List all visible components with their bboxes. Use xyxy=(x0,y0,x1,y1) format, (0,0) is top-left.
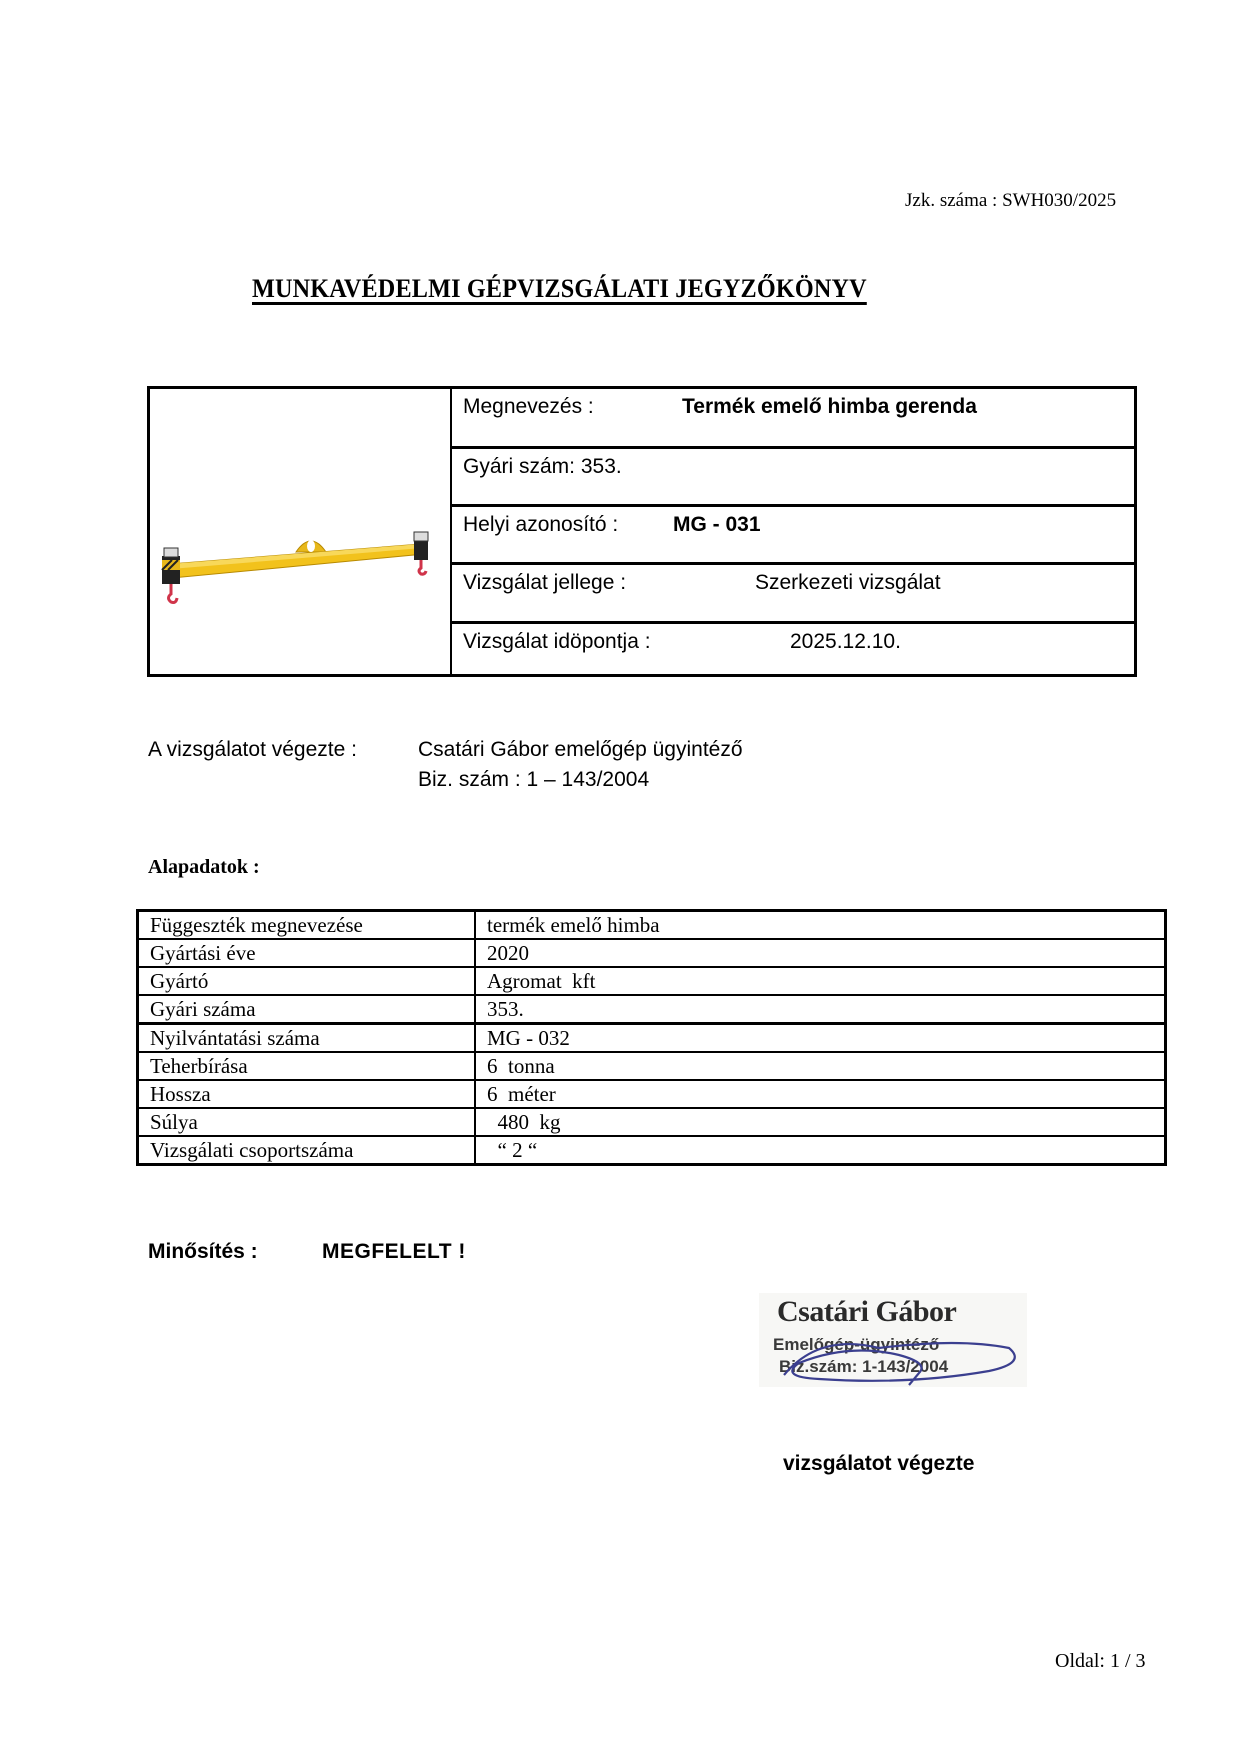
basic-data-label: Hossza xyxy=(138,1080,476,1108)
equipment-info-table: Megnevezés : Termék emelő himba gerenda … xyxy=(147,386,1137,677)
basic-data-row: Vizsgálati csoportszáma “ 2 “ xyxy=(138,1136,1166,1165)
basic-data-row: Hossza6 méter xyxy=(138,1080,1166,1108)
basic-data-row: Függeszték megnevezésetermék emelő himba xyxy=(138,911,1166,940)
info-row-name: Megnevezés : Termék emelő himba gerenda xyxy=(452,389,1134,449)
basic-data-value: 6 tonna xyxy=(475,1052,1166,1080)
basic-data-label: Vizsgálati csoportszáma xyxy=(138,1136,476,1165)
info-label: Vizsgálat idöpontja : xyxy=(463,630,651,654)
info-row-inspection-type: Vizsgálat jellege : Szerkezeti vizsgálat xyxy=(452,565,1134,624)
basic-data-value: 6 méter xyxy=(475,1080,1166,1108)
basic-data-value: 353. xyxy=(475,995,1166,1024)
basic-data-label: Gyári száma xyxy=(138,995,476,1024)
basic-data-row: Nyilvántatási számaMG - 032 xyxy=(138,1024,1166,1053)
basic-data-value: Agromat kft xyxy=(475,967,1166,995)
basic-data-value: 2020 xyxy=(475,939,1166,967)
equipment-photo-cell xyxy=(150,389,452,674)
basic-data-label: Gyártó xyxy=(138,967,476,995)
basic-data-value: termék emelő himba xyxy=(475,911,1166,940)
info-row-serial: Gyári szám: 353. xyxy=(452,449,1134,507)
performed-by-label: A vizsgálatot végezte : xyxy=(148,738,357,762)
basic-data-row: GyártóAgromat kft xyxy=(138,967,1166,995)
spreader-beam-image xyxy=(156,512,456,612)
handwritten-signature xyxy=(759,1293,1027,1387)
info-label: Megnevezés : xyxy=(463,395,594,419)
info-value: 2025.12.10. xyxy=(790,630,901,654)
basic-data-value: “ 2 “ xyxy=(475,1136,1166,1165)
basic-data-heading: Alapadatok : xyxy=(148,856,260,879)
info-row-local-id: Helyi azonosító : MG - 031 xyxy=(452,507,1134,565)
rating-label: Minősítés : xyxy=(148,1240,258,1264)
inspector-cert-number: Biz. szám : 1 – 143/2004 xyxy=(418,768,649,792)
page-title: MUNKAVÉDELMI GÉPVIZSGÁLATI JEGYZŐKÖNYV xyxy=(252,274,867,304)
basic-data-table: Függeszték megnevezésetermék emelő himba… xyxy=(136,909,1167,1166)
basic-data-label: Függeszték megnevezése xyxy=(138,911,476,940)
basic-data-row: Teherbírása6 tonna xyxy=(138,1052,1166,1080)
basic-data-value: MG - 032 xyxy=(475,1024,1166,1053)
info-value: MG - 031 xyxy=(673,513,761,537)
info-value: Szerkezeti vizsgálat xyxy=(755,571,941,595)
signature-stamp: Csatári Gábor Emelőgép-ügyintéző Biz.szá… xyxy=(759,1293,1027,1387)
basic-data-label: Nyilvántatási száma xyxy=(138,1024,476,1053)
inspector-name: Csatári Gábor emelőgép ügyintéző xyxy=(418,738,743,762)
info-value: Termék emelő himba gerenda xyxy=(682,395,977,419)
basic-data-row: Gyári száma353. xyxy=(138,995,1166,1024)
basic-data-row: Gyártási éve2020 xyxy=(138,939,1166,967)
rating-value: MEGFELELT ! xyxy=(322,1240,466,1264)
basic-data-row: Súlya 480 kg xyxy=(138,1108,1166,1136)
basic-data-label: Teherbírása xyxy=(138,1052,476,1080)
info-label: Helyi azonosító : xyxy=(463,513,618,537)
page-number: Oldal: 1 / 3 xyxy=(1055,1650,1146,1673)
document-number: Jzk. száma : SWH030/2025 xyxy=(905,190,1116,212)
basic-data-value: 480 kg xyxy=(475,1108,1166,1136)
info-label: Vizsgálat jellege : xyxy=(463,571,626,595)
equipment-info-rows: Megnevezés : Termék emelő himba gerenda … xyxy=(452,389,1134,674)
basic-data-label: Súlya xyxy=(138,1108,476,1136)
signer-caption: vizsgálatot végezte xyxy=(783,1452,974,1476)
basic-data-label: Gyártási éve xyxy=(138,939,476,967)
info-row-inspection-date: Vizsgálat idöpontja : 2025.12.10. xyxy=(452,624,1134,677)
info-label: Gyári szám: 353. xyxy=(463,455,622,479)
